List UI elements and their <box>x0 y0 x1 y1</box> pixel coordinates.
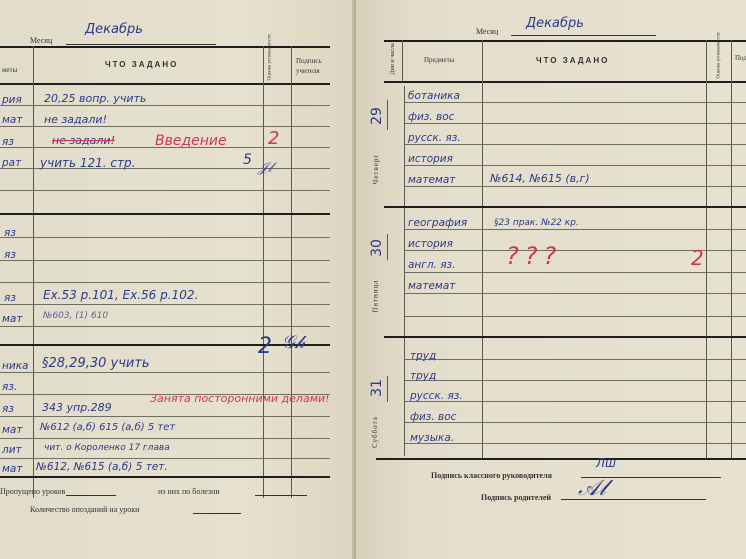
teacher-note-red: Введение <box>155 133 227 149</box>
question-marks: ??? <box>506 242 562 270</box>
header-signature: Подп <box>735 54 746 62</box>
homework-entry: Ex.53 p.101, Ex.56 p.102. <box>43 288 198 302</box>
subject: ника <box>2 360 28 372</box>
header-signature: Подпись учителя <box>296 56 330 76</box>
subject: мат <box>2 424 22 436</box>
month-value: Декабрь <box>85 22 143 37</box>
class-teacher-signature: Лш <box>596 456 616 470</box>
subject: мат <box>2 313 22 325</box>
subject: география <box>408 217 467 229</box>
subject: яз <box>2 136 14 148</box>
subject: яз <box>4 227 16 239</box>
subject: рат <box>2 157 21 169</box>
day-name: Четверг <box>372 154 380 184</box>
subject: труд <box>410 350 436 362</box>
header-subjects: меты <box>2 66 17 74</box>
day-number: 29 <box>369 107 385 125</box>
subject: история <box>408 153 453 165</box>
homework-entry: не задали! <box>52 134 115 147</box>
day-name: Суббота <box>371 416 379 448</box>
month-value: Декабрь <box>526 16 584 31</box>
subject: мат <box>2 463 22 475</box>
homework-entry: чит. о Короленко 17 глава <box>44 443 170 453</box>
subject: труд <box>410 370 436 382</box>
grade-red: 2 <box>268 128 279 149</box>
subject: яз <box>2 403 14 415</box>
subject: яз <box>4 249 16 261</box>
subject: лит <box>2 444 22 456</box>
subject: яз. <box>2 381 17 393</box>
header-grade: Оценка успеваемости <box>268 41 273 81</box>
footer-illness: из них по болезни <box>158 487 220 496</box>
footer-class-teacher-signature: Подпись классного руководителя <box>431 471 552 480</box>
subject: музыка. <box>410 432 454 444</box>
header-assigned: ЧТО ЗАДАНО <box>105 60 178 69</box>
month-label: Месяц <box>30 36 52 45</box>
subject: ботаника <box>408 90 460 102</box>
day-number: 31 <box>369 379 385 397</box>
parent-signature: 𝒜𝓁 <box>578 476 606 501</box>
homework-entry: §23 прак. №22 кр. <box>494 218 579 228</box>
subject: англ. яз. <box>408 259 455 271</box>
homework-entry: №612 (а,б) 615 (а,б) 5 тет <box>40 422 175 433</box>
day-number: 30 <box>369 239 385 257</box>
homework-entry: не задали! <box>44 113 107 126</box>
header-day: Дни и числа <box>390 42 396 76</box>
subject: математ <box>408 280 455 292</box>
footer-late-count: Количество опозданий на уроки <box>30 505 139 514</box>
header-subjects: Предметы <box>424 56 454 64</box>
subject: физ. вос <box>410 411 456 423</box>
homework-entry: №603, (1) 610 <box>43 311 108 321</box>
homework-entry: 343 упр.289 <box>42 401 112 414</box>
homework-entry: учить 121. стр. <box>40 156 135 170</box>
homework-entry: №612, №615 (а,б) 5 тет. <box>36 461 168 473</box>
diary-right-page: Месяц Декабрь Дни и числа Предметы ЧТО З… <box>356 0 746 559</box>
grade-blue: 5 <box>243 152 252 168</box>
teacher-signature: 𝒥𝓁 <box>258 160 272 176</box>
subject: мат <box>2 114 22 126</box>
grade-red: 2 <box>691 246 704 270</box>
subject: история <box>408 238 453 250</box>
diary-left-page: Месяц Декабрь меты ЧТО ЗАДАНО Оценка усп… <box>0 0 356 559</box>
teacher-signature: 𝒢𝒽 <box>282 332 305 353</box>
footer-parents-signature: Подпись родителей <box>481 493 551 502</box>
subject: русск. яз. <box>408 132 461 144</box>
teacher-note-red: Занята посторонними делами! <box>150 392 350 405</box>
day-name: Пятница <box>371 280 379 313</box>
subject: яз <box>4 292 16 304</box>
footer-missed-lessons: Пропущено уроков <box>0 487 65 496</box>
month-label: Месяц <box>476 27 498 36</box>
homework-entry: 20,25 вопр. учить <box>44 92 146 105</box>
subject: русск. яз. <box>410 390 463 402</box>
homework-entry: №614, №615 (в,г) <box>490 172 590 185</box>
subject: рия <box>2 94 22 106</box>
homework-entry: §28,29,30 учить <box>42 356 150 371</box>
subject: математ <box>408 174 455 186</box>
header-grade: Оценка успеваемости <box>717 39 722 79</box>
subject: физ. вос <box>408 111 454 123</box>
header-assigned: ЧТО ЗАДАНО <box>536 56 609 65</box>
grade-blue: 2 <box>258 334 272 359</box>
